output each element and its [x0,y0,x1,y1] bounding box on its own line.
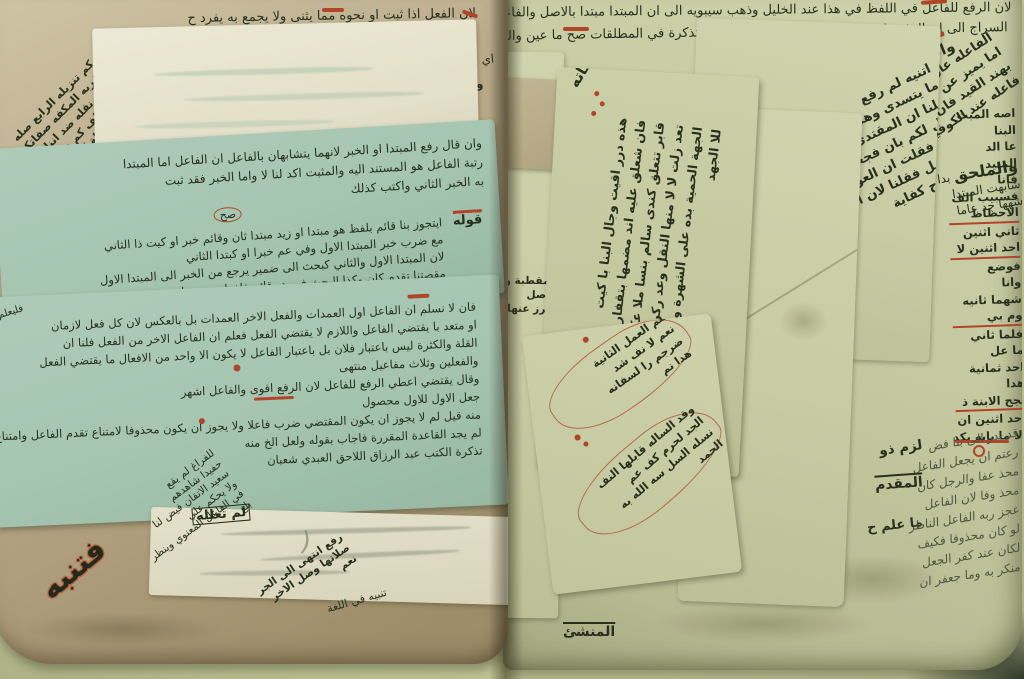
stain [22,612,222,646]
stain [653,604,873,644]
edge-line: ما عل [953,342,1022,361]
red-dot [591,111,596,116]
edge-line: وانا [951,274,1022,293]
edge-line: فلما ثاني [953,323,1022,344]
manuscript-photo: لان الرفع للفاعل في اللفظ في هذا عند الخ… [0,0,1024,679]
stain [778,300,829,342]
red-dot [600,101,605,106]
edge-line: احد اثنين لا [950,239,1021,258]
faint-line [260,549,460,562]
edge-line: ثاني اثنين [949,220,1020,241]
red-mark [322,8,344,12]
ghost-text-line [184,91,424,103]
red-mark [563,27,589,31]
circled-sahh-mark: صح [213,206,242,223]
red-dot [574,434,581,441]
red-dot [582,336,589,343]
edge-line: فوضع [950,255,1021,276]
red-dot [583,441,589,447]
edge-line: وم بي [952,307,1022,326]
red-mark [407,294,429,299]
red-dot [594,91,599,96]
teal-slip-2: فليعلم فان لا نسلم ان الفاعل اول العمدات… [0,275,508,528]
faint-line [221,525,471,536]
ghost-text-line [153,66,373,77]
right-page: لان الرفع للفاعل في اللفظ في هذا عند الخ… [503,0,1022,670]
teal2-block: فان لا نسلم ان الفاعل اول العمدات والفعل… [0,298,483,482]
edge-line: هدا [955,375,1022,394]
cloud-note-slip: هم العمل الثانية نعم لا نف شد ضرجم را لس… [522,313,742,594]
edge-line: عا الد [946,138,1017,157]
ghost-text-line [134,119,334,130]
left-page: لان الفعل اذا ثبت او نحوه مما يثنى ولا ي… [0,0,508,664]
qawluhu-heading: قوله [453,212,483,229]
teal1-block-a: وان قال رفع المبتدا او الخبر لانهما يتشا… [2,134,485,219]
catchword: المنشئ [563,624,615,640]
edge-line: نجح الابنة ذ [955,391,1022,410]
signature-line: حرر بركاته [565,67,621,91]
